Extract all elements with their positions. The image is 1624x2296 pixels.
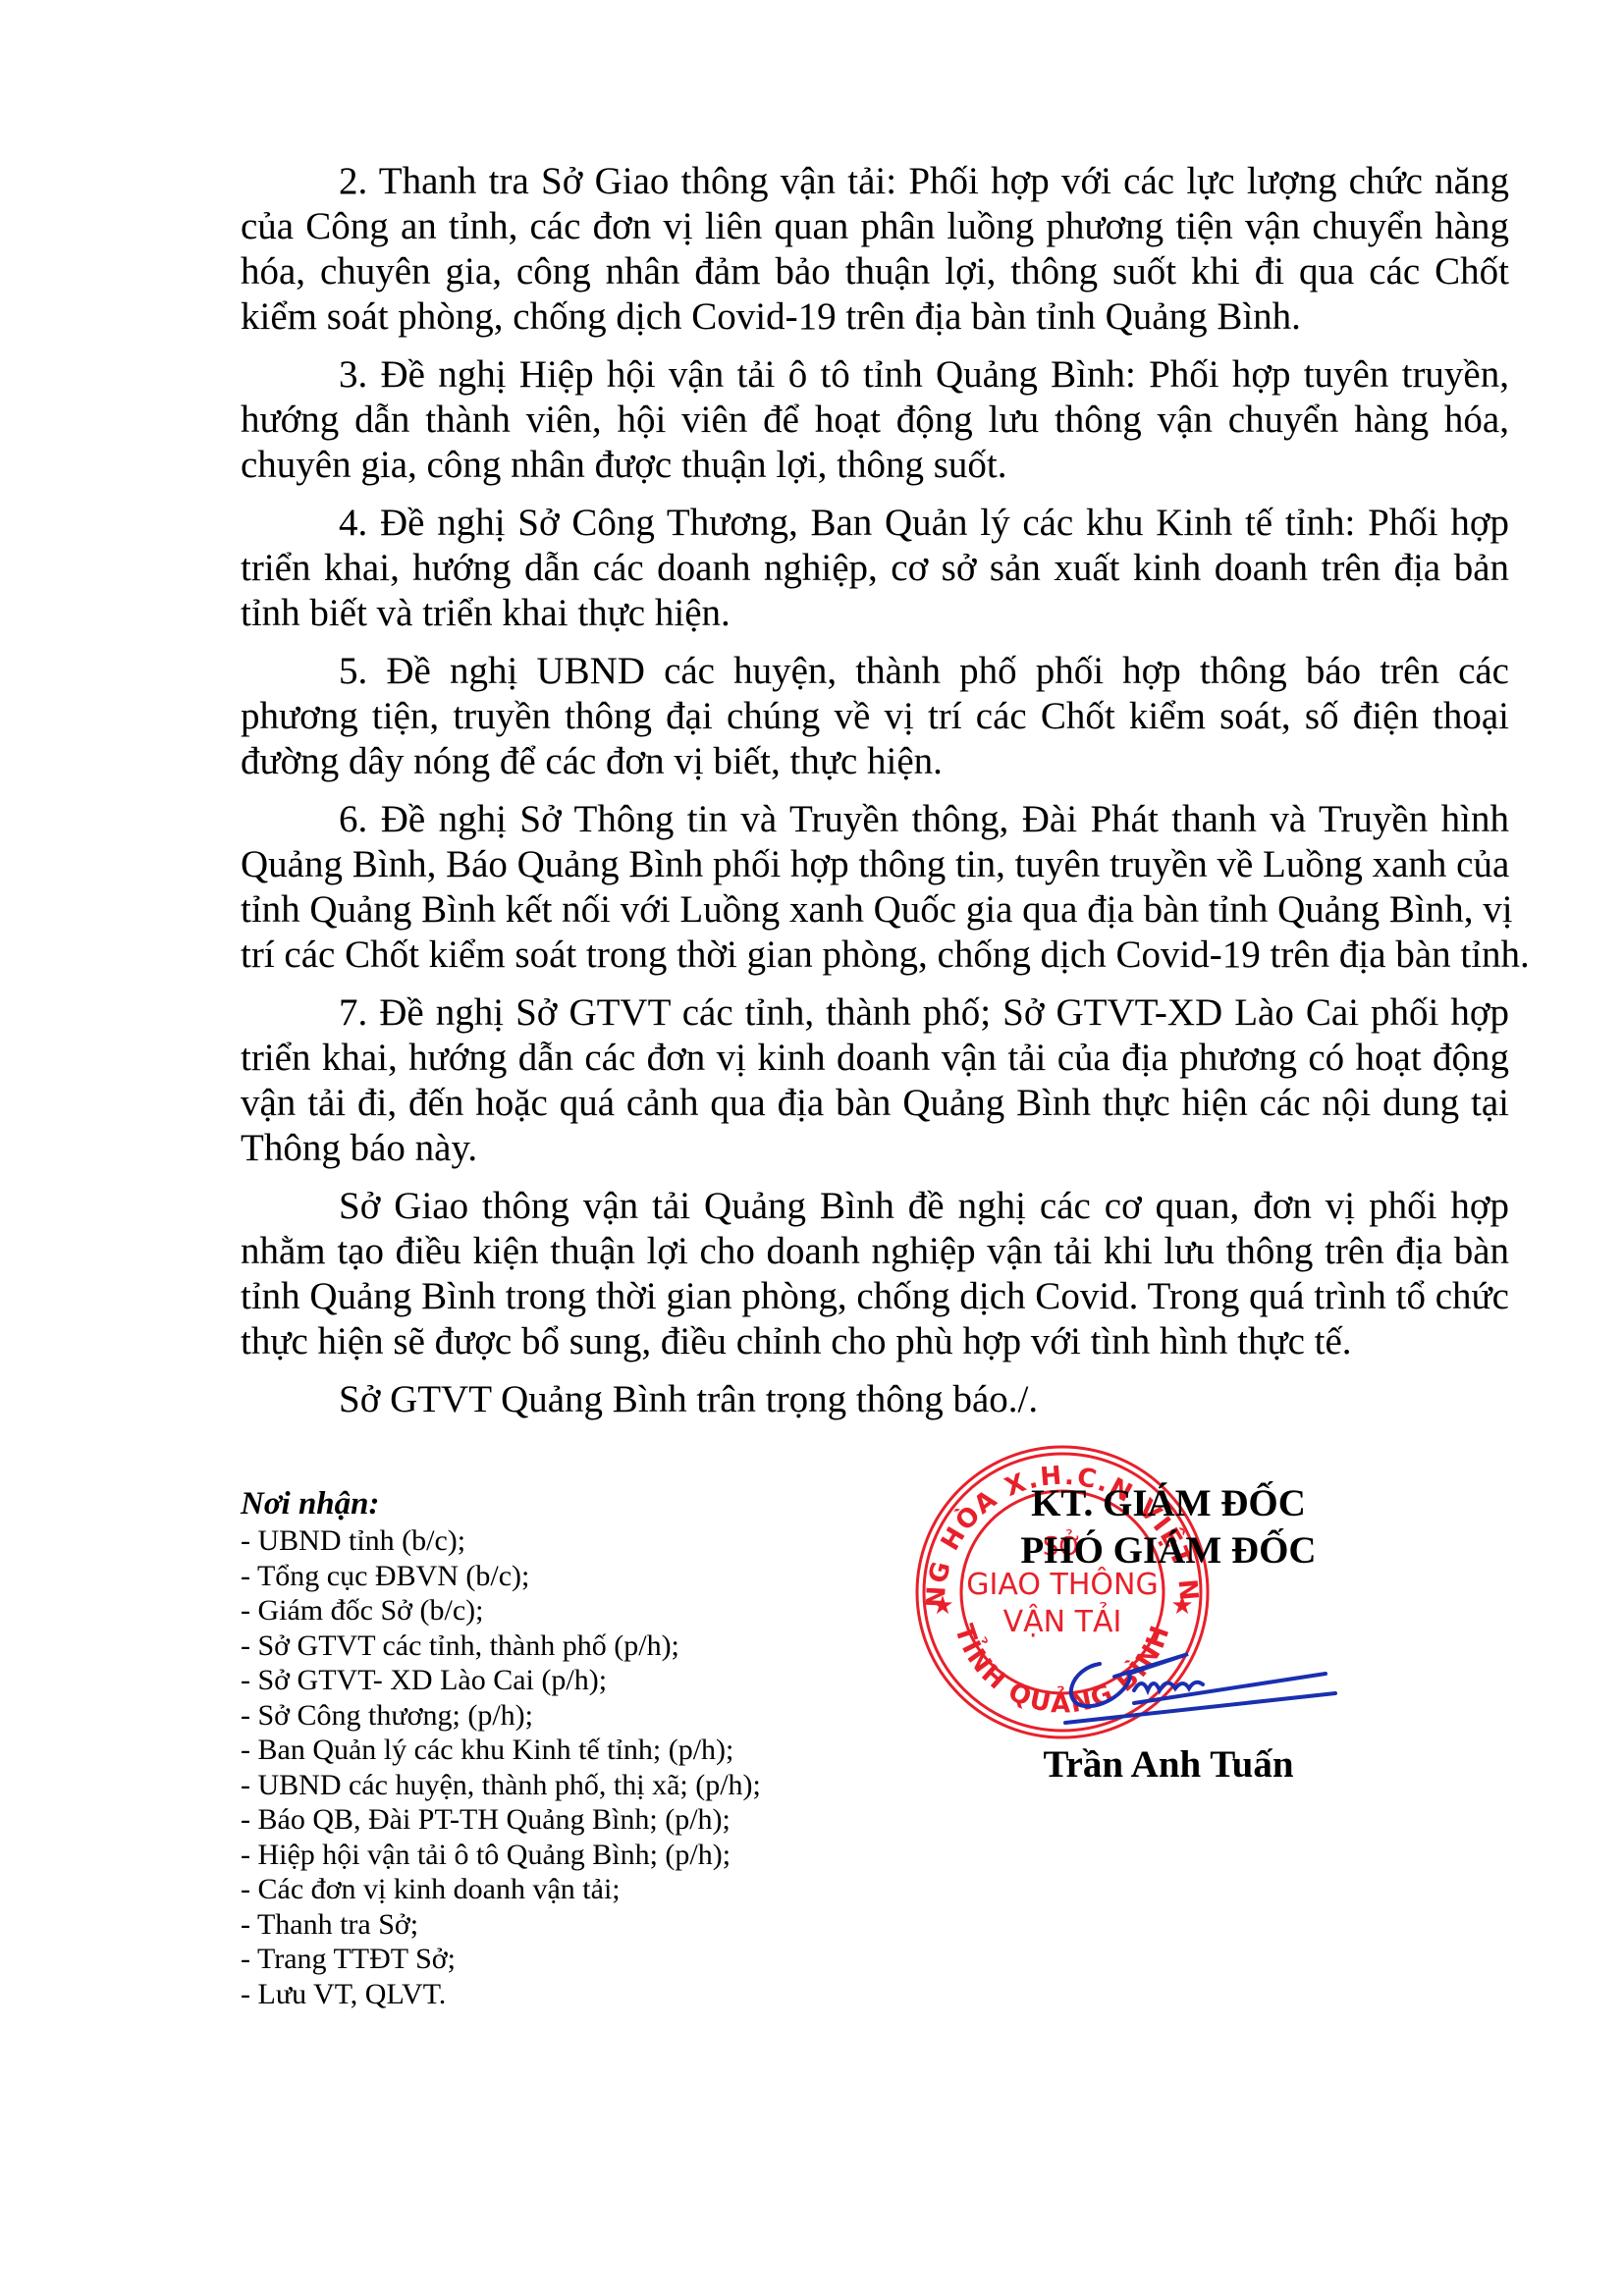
recipient-item: - Sở Công thương; (p/h); (241, 1698, 849, 1734)
paragraph-item-4: 4. Đề nghị Sở Công Thương, Ban Quản lý c… (241, 501, 1509, 636)
paragraph-line: tỉnh Quảng Bình trong thời gian phòng, c… (241, 1274, 1509, 1319)
paragraph-line: triển khai, hướng dẫn các đơn vị kinh do… (241, 1036, 1509, 1081)
paragraph-line: nhằm tạo điều kiện thuận lợi cho doanh n… (241, 1229, 1509, 1274)
signature-title-line2: PHÓ GIÁM ĐỐC (972, 1527, 1365, 1575)
paragraph-item-5: 5. Đề nghị UBND các huyện, thành phố phố… (241, 649, 1509, 784)
document-body: 2. Thanh tra Sở Giao thông vận tải: Phối… (241, 159, 1509, 1435)
paragraph-line: chuyên gia, công nhân được thuận lợi, th… (241, 443, 1509, 488)
paragraph-line: 6. Đề nghị Sở Thông tin và Truyền thông,… (241, 797, 1509, 842)
recipient-item: - UBND tỉnh (b/c); (241, 1523, 849, 1559)
paragraph-line: 5. Đề nghị UBND các huyện, thành phố phố… (241, 649, 1509, 694)
paragraph-line: tỉnh biết và triển khai thực hiện. (241, 591, 1509, 636)
paragraph-line: 2. Thanh tra Sở Giao thông vận tải: Phối… (241, 159, 1509, 204)
paragraph-line: trí các Chốt kiểm soát trong thời gian p… (241, 933, 1509, 978)
recipient-item: - Trang TTĐT Sở; (241, 1942, 849, 1977)
paragraph-line: hướng dẫn thành viên, hội viên để hoạt đ… (241, 398, 1509, 443)
paragraph-item-2: 2. Thanh tra Sở Giao thông vận tải: Phối… (241, 159, 1509, 340)
paragraph-sign-off: Sở GTVT Quảng Bình trân trọng thông báo.… (241, 1377, 1509, 1422)
recipients-block: Nơi nhận: - UBND tỉnh (b/c);- Tổng cục Đ… (241, 1486, 849, 2011)
paragraph-line: Sở Giao thông vận tải Quảng Bình đề nghị… (241, 1184, 1509, 1229)
svg-text:★: ★ (931, 1591, 953, 1621)
paragraph-line: đường dây nóng để các đơn vị biết, thực … (241, 739, 1509, 784)
paragraph-line: triển khai, hướng dẫn các doanh nghiệp, … (241, 546, 1509, 591)
paragraph-line: thực hiện sẽ được bổ sung, điều chỉnh ch… (241, 1319, 1509, 1364)
paragraph-line: Quảng Bình, Báo Quảng Bình phối hợp thôn… (241, 842, 1509, 887)
paragraph-closing: Sở Giao thông vận tải Quảng Bình đề nghị… (241, 1184, 1509, 1364)
svg-text:★: ★ (1170, 1591, 1193, 1621)
recipient-item: - Sở GTVT các tỉnh, thành phố (p/h); (241, 1629, 849, 1664)
paragraph-item-7: 7. Đề nghị Sở GTVT các tỉnh, thành phố; … (241, 990, 1509, 1171)
recipient-item: - UBND các huyện, thành phố, thị xã; (p/… (241, 1768, 849, 1803)
recipient-item: - Thanh tra Sở; (241, 1907, 849, 1943)
paragraph-line: Sở GTVT Quảng Bình trân trọng thông báo.… (241, 1377, 1509, 1422)
paragraph-line: kiểm soát phòng, chống dịch Covid-19 trê… (241, 294, 1509, 340)
paragraph-line: của Công an tỉnh, các đơn vị liên quan p… (241, 204, 1509, 249)
paragraph-item-6: 6. Đề nghị Sở Thông tin và Truyền thông,… (241, 797, 1509, 978)
handwritten-signature-icon (1041, 1629, 1365, 1747)
recipient-item: - Lưu VT, QLVT. (241, 1977, 849, 2012)
recipient-item: - Hiệp hội vận tải ô tô Quảng Bình; (p/h… (241, 1838, 849, 1873)
recipient-item: - Tổng cục ĐBVN (b/c); (241, 1559, 849, 1594)
recipient-item: - Các đơn vị kinh doanh vận tải; (241, 1872, 849, 1907)
paragraph-line: Thông báo này. (241, 1126, 1509, 1171)
recipient-item: - Sở GTVT- XD Lào Cai (p/h); (241, 1663, 849, 1698)
paragraph-line: vận tải đi, đến hoặc quá cảnh qua địa bà… (241, 1081, 1509, 1126)
paragraph-line: tỉnh Quảng Bình kết nối với Luồng xanh Q… (241, 887, 1509, 933)
signature-title-line1: KT. GIÁM ĐỐC (972, 1480, 1365, 1527)
paragraph-item-3: 3. Đề nghị Hiệp hội vận tải ô tô tỉnh Qu… (241, 352, 1509, 488)
recipients-list: - UBND tỉnh (b/c);- Tổng cục ĐBVN (b/c);… (241, 1523, 849, 2011)
paragraph-line: 3. Đề nghị Hiệp hội vận tải ô tô tỉnh Qu… (241, 352, 1509, 398)
signature-title: KT. GIÁM ĐỐC PHÓ GIÁM ĐỐC (972, 1480, 1365, 1575)
paragraph-line: hóa, chuyên gia, công nhân đảm bảo thuận… (241, 249, 1509, 294)
recipients-heading: Nơi nhận: (241, 1486, 849, 1523)
recipient-item: - Giám đốc Sở (b/c); (241, 1593, 849, 1629)
recipient-item: - Báo QB, Đài PT-TH Quảng Bình; (p/h); (241, 1802, 849, 1838)
signatory-name: Trần Anh Tuấn (972, 1742, 1365, 1787)
document-page: 2. Thanh tra Sở Giao thông vận tải: Phối… (0, 0, 1624, 2296)
recipient-item: - Ban Quản lý các khu Kinh tế tỉnh; (p/h… (241, 1733, 849, 1768)
paragraph-line: 4. Đề nghị Sở Công Thương, Ban Quản lý c… (241, 501, 1509, 546)
paragraph-line: 7. Đề nghị Sở GTVT các tỉnh, thành phố; … (241, 990, 1509, 1036)
paragraph-line: phương tiện, truyền thông đại chúng về v… (241, 694, 1509, 739)
